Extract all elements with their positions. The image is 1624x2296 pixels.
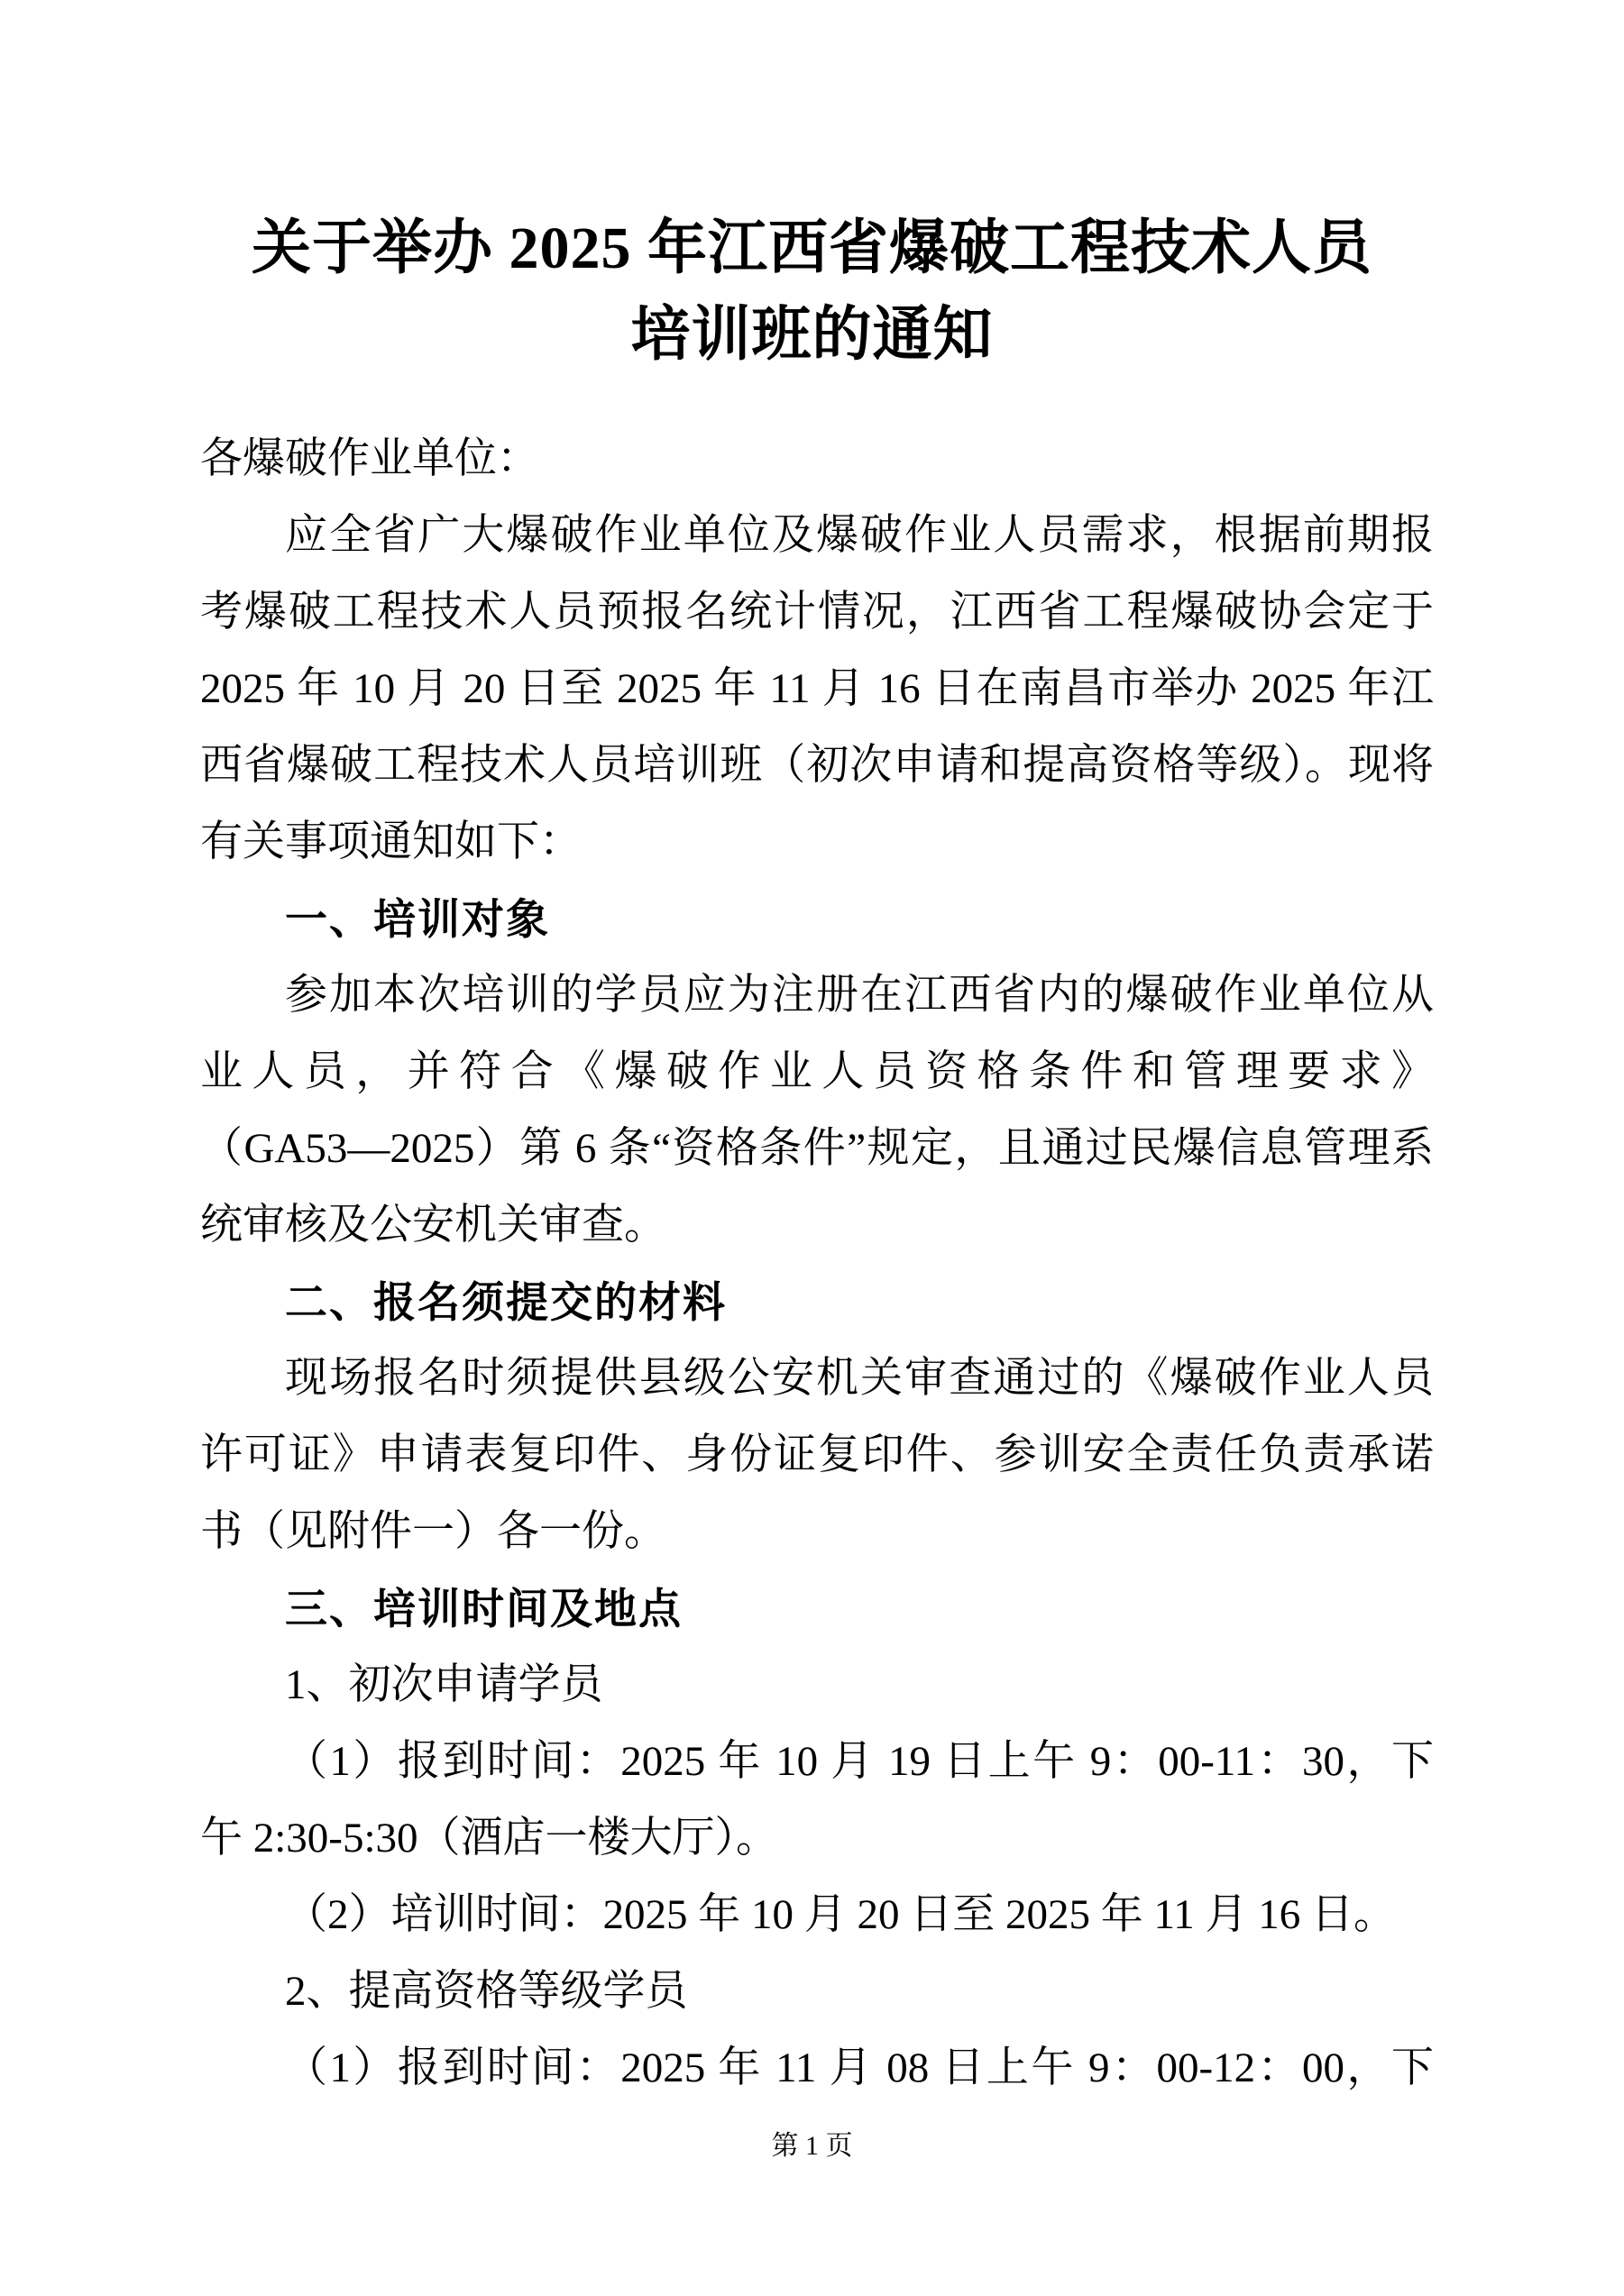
body-line: 午 2:30-5:30（酒店一楼大厅）。 bbox=[200, 1800, 1434, 1877]
salutation-line: 各爆破作业单位： bbox=[200, 421, 1434, 498]
document-page: 关于举办 2025 年江西省爆破工程技术人员 培训班的通知 各爆破作业单位： 应… bbox=[0, 0, 1624, 2296]
list-item-heading: 2、提高资格等级学员 bbox=[200, 1953, 1434, 2030]
body-line: 业人员，并符合《爆破作业人员资格条件和管理要求》 bbox=[200, 1034, 1434, 1111]
body-line: 书（见附件一）各一份。 bbox=[200, 1494, 1434, 1570]
body-line: 应全省广大爆破作业单位及爆破作业人员需求，根据前期报 bbox=[200, 498, 1434, 574]
body-line: （GA53—2025）第 6 条“资格条件”规定，且通过民爆信息管理系 bbox=[200, 1111, 1434, 1187]
body-line: 西省爆破工程技术人员培训班（初次申请和提高资格等级）。现将 bbox=[200, 727, 1434, 804]
body-line: （1）报到时间：2025 年 11 月 08 日上午 9：00-12：00，下 bbox=[200, 2030, 1434, 2107]
document-body: 各爆破作业单位： 应全省广大爆破作业单位及爆破作业人员需求，根据前期报 考爆破工… bbox=[200, 421, 1434, 2107]
body-line: 有关事项通知如下： bbox=[200, 804, 1434, 881]
section-heading-one: 一、培训对象 bbox=[200, 881, 1434, 957]
page-number: 第 1 页 bbox=[0, 2127, 1624, 2165]
list-item-heading: 1、初次申请学员 bbox=[200, 1647, 1434, 1724]
body-line: 参加本次培训的学员应为注册在江西省内的爆破作业单位从 bbox=[200, 957, 1434, 1034]
section-heading-two: 二、报名须提交的材料 bbox=[200, 1264, 1434, 1340]
document-title-line-2: 培训班的通知 bbox=[0, 292, 1624, 379]
body-line: 统审核及公安机关审查。 bbox=[200, 1187, 1434, 1264]
body-line: （2）培训时间：2025 年 10 月 20 日至 2025 年 11 月 16… bbox=[200, 1877, 1434, 1953]
document-title-line-1: 关于举办 2025 年江西省爆破工程技术人员 bbox=[0, 206, 1624, 292]
body-line: 许可证》申请表复印件、身份证复印件、参训安全责任负责承诺 bbox=[200, 1417, 1434, 1494]
document-title: 关于举办 2025 年江西省爆破工程技术人员 培训班的通知 bbox=[0, 206, 1624, 379]
body-line: 现场报名时须提供县级公安机关审查通过的《爆破作业人员 bbox=[200, 1340, 1434, 1417]
section-heading-three: 三、培训时间及地点 bbox=[200, 1570, 1434, 1647]
body-line: （1）报到时间：2025 年 10 月 19 日上午 9：00-11：30，下 bbox=[200, 1724, 1434, 1800]
body-line: 考爆破工程技术人员预报名统计情况，江西省工程爆破协会定于 bbox=[200, 574, 1434, 651]
body-line: 2025 年 10 月 20 日至 2025 年 11 月 16 日在南昌市举办… bbox=[200, 651, 1434, 727]
